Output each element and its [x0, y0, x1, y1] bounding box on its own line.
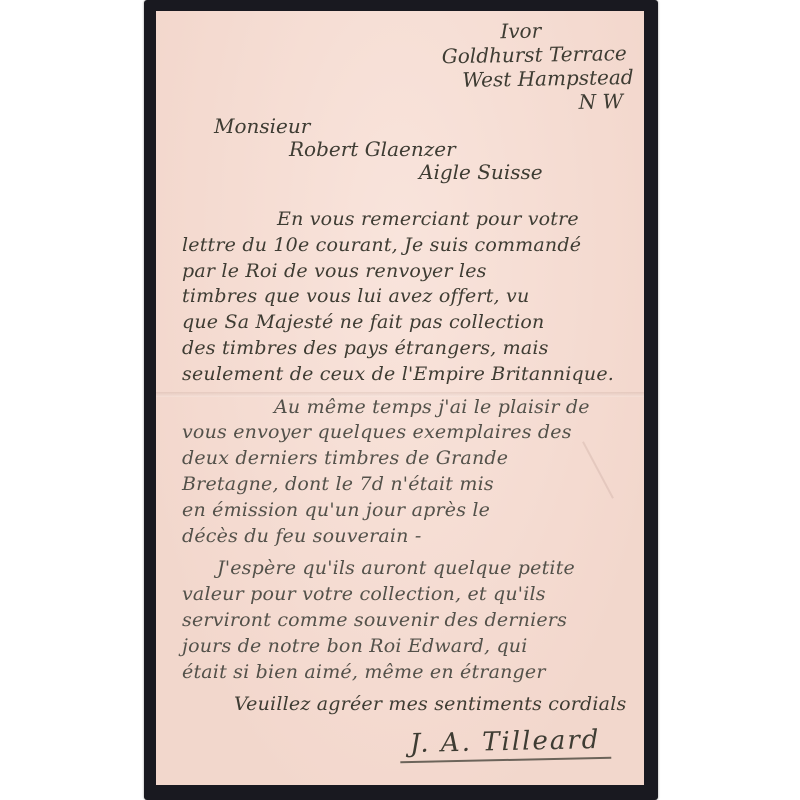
letter-line: deux derniers timbres de Grande — [182, 446, 636, 472]
sender-address-block: IvorGoldhurst TerraceWest HampsteadN W — [156, 17, 644, 122]
letter-line: timbres que vous lui avez offert, vu — [182, 284, 636, 310]
letter-line: Bretagne, dont le 7d n'était mis — [182, 472, 636, 498]
letter-line: serviront comme souvenir des derniers — [182, 608, 636, 634]
letter-line: que Sa Majesté ne fait pas collection — [182, 310, 636, 336]
paragraph-1: En vous remerciant pour votrelettre du 1… — [182, 207, 636, 388]
recipient-address-block: MonsieurRobert GlaenzerAigle Suisse — [214, 115, 543, 184]
letter-paper: IvorGoldhurst TerraceWest HampsteadN W M… — [156, 11, 644, 785]
signature: J. A. Tilleard — [399, 728, 610, 763]
sender-address-line: N W — [578, 89, 644, 114]
sender-address-line: West Hampstead — [462, 65, 644, 92]
letter-line: décès du feu souverain - — [182, 524, 636, 550]
recipient-line: Monsieur — [214, 115, 543, 138]
letter-line: En vous remerciant pour votre — [277, 207, 636, 233]
letter-line: jours de notre bon Roi Edward, qui — [182, 634, 636, 660]
letter-line: J'espère qu'ils auront quelque petite — [217, 556, 636, 582]
signature-area: J. A. Tilleard — [182, 730, 636, 761]
paragraph-2: Au même temps j'ai le plaisir devous env… — [182, 395, 636, 550]
closing-salutation: Veuillez agréer mes sentiments cordials — [234, 692, 636, 718]
letter-line: Au même temps j'ai le plaisir de — [274, 395, 636, 421]
sender-address-line: Ivor — [500, 17, 643, 43]
recipient-line: Aigle Suisse — [419, 161, 543, 184]
letter-line: par le Roi de vous renvoyer les — [182, 259, 636, 285]
letter-line: lettre du 10e courant, Je suis commandé — [182, 233, 636, 259]
letter-line: était si bien aimé, même en étranger — [182, 660, 636, 686]
letter-line: des timbres des pays étrangers, mais — [182, 336, 636, 362]
sender-address-line: Goldhurst Terrace — [442, 41, 644, 69]
letter-line: valeur pour votre collection, et qu'ils — [182, 582, 636, 608]
recipient-line: Robert Glaenzer — [289, 138, 543, 161]
letter-body: En vous remerciant pour votrelettre du 1… — [182, 207, 636, 761]
paragraph-3: J'espère qu'ils auront quelque petiteval… — [182, 556, 636, 685]
letter-line: en émission qu'un jour après le — [182, 498, 636, 524]
letter-line: vous envoyer quelques exemplaires des — [182, 420, 636, 446]
letter-mat-frame: IvorGoldhurst TerraceWest HampsteadN W M… — [144, 0, 658, 800]
letter-line: seulement de ceux de l'Empire Britanniqu… — [182, 362, 636, 388]
